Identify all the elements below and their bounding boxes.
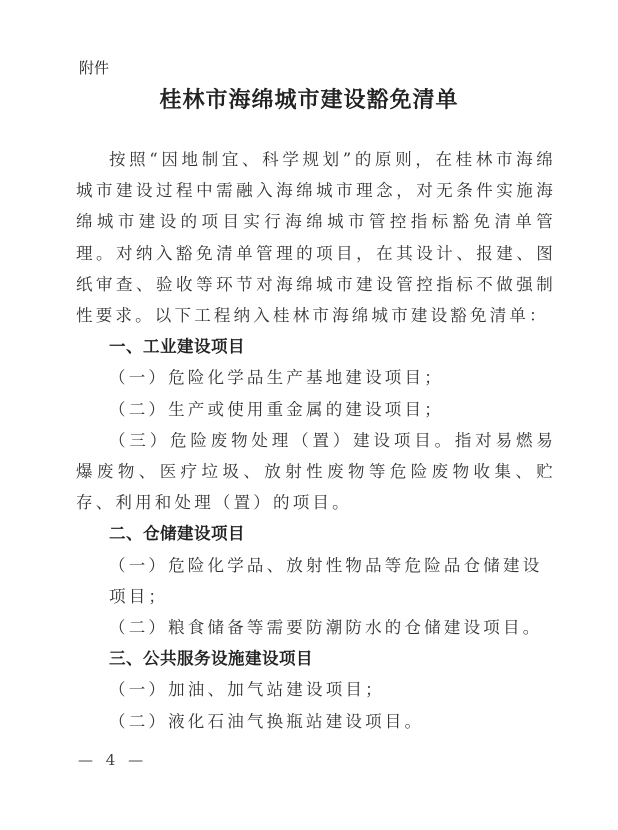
list-item: （一）危险化学品生产基地建设项目； xyxy=(76,362,556,393)
document-title: 桂林市海绵城市建设豁免清单 xyxy=(0,83,618,114)
list-item: （一）危险化学品、放射性物品等危险品仓储建设项目； xyxy=(76,550,556,612)
list-item: （二）液化石油气换瓶站建设项目。 xyxy=(76,706,556,737)
attachment-label: 附件 xyxy=(79,57,109,78)
document-page: 附件 桂林市海绵城市建设豁免清单 按照“因地制宜、科学规划”的原则，在桂林市海绵… xyxy=(0,0,618,830)
list-item: （二）生产或使用重金属的建设项目； xyxy=(76,394,556,425)
section-heading: 一、工业建设项目 xyxy=(76,331,556,362)
list-item: （二）粮食储备等需要防潮防水的仓储建设项目。 xyxy=(76,612,556,643)
section-heading: 三、公共服务设施建设项目 xyxy=(76,643,556,674)
document-body: 按照“因地制宜、科学规划”的原则，在桂林市海绵城市建设过程中需融入海绵城市理念，… xyxy=(76,144,556,737)
page-number: — 4 — xyxy=(78,751,147,769)
intro-paragraph: 按照“因地制宜、科学规划”的原则，在桂林市海绵城市建设过程中需融入海绵城市理念，… xyxy=(76,144,556,331)
list-item: （一）加油、加气站建设项目； xyxy=(76,674,556,705)
list-item: （三）危险废物处理（置）建设项目。指对易燃易爆废物、医疗垃圾、放射性废物等危险废… xyxy=(76,425,556,519)
section-heading: 二、仓储建设项目 xyxy=(76,518,556,549)
